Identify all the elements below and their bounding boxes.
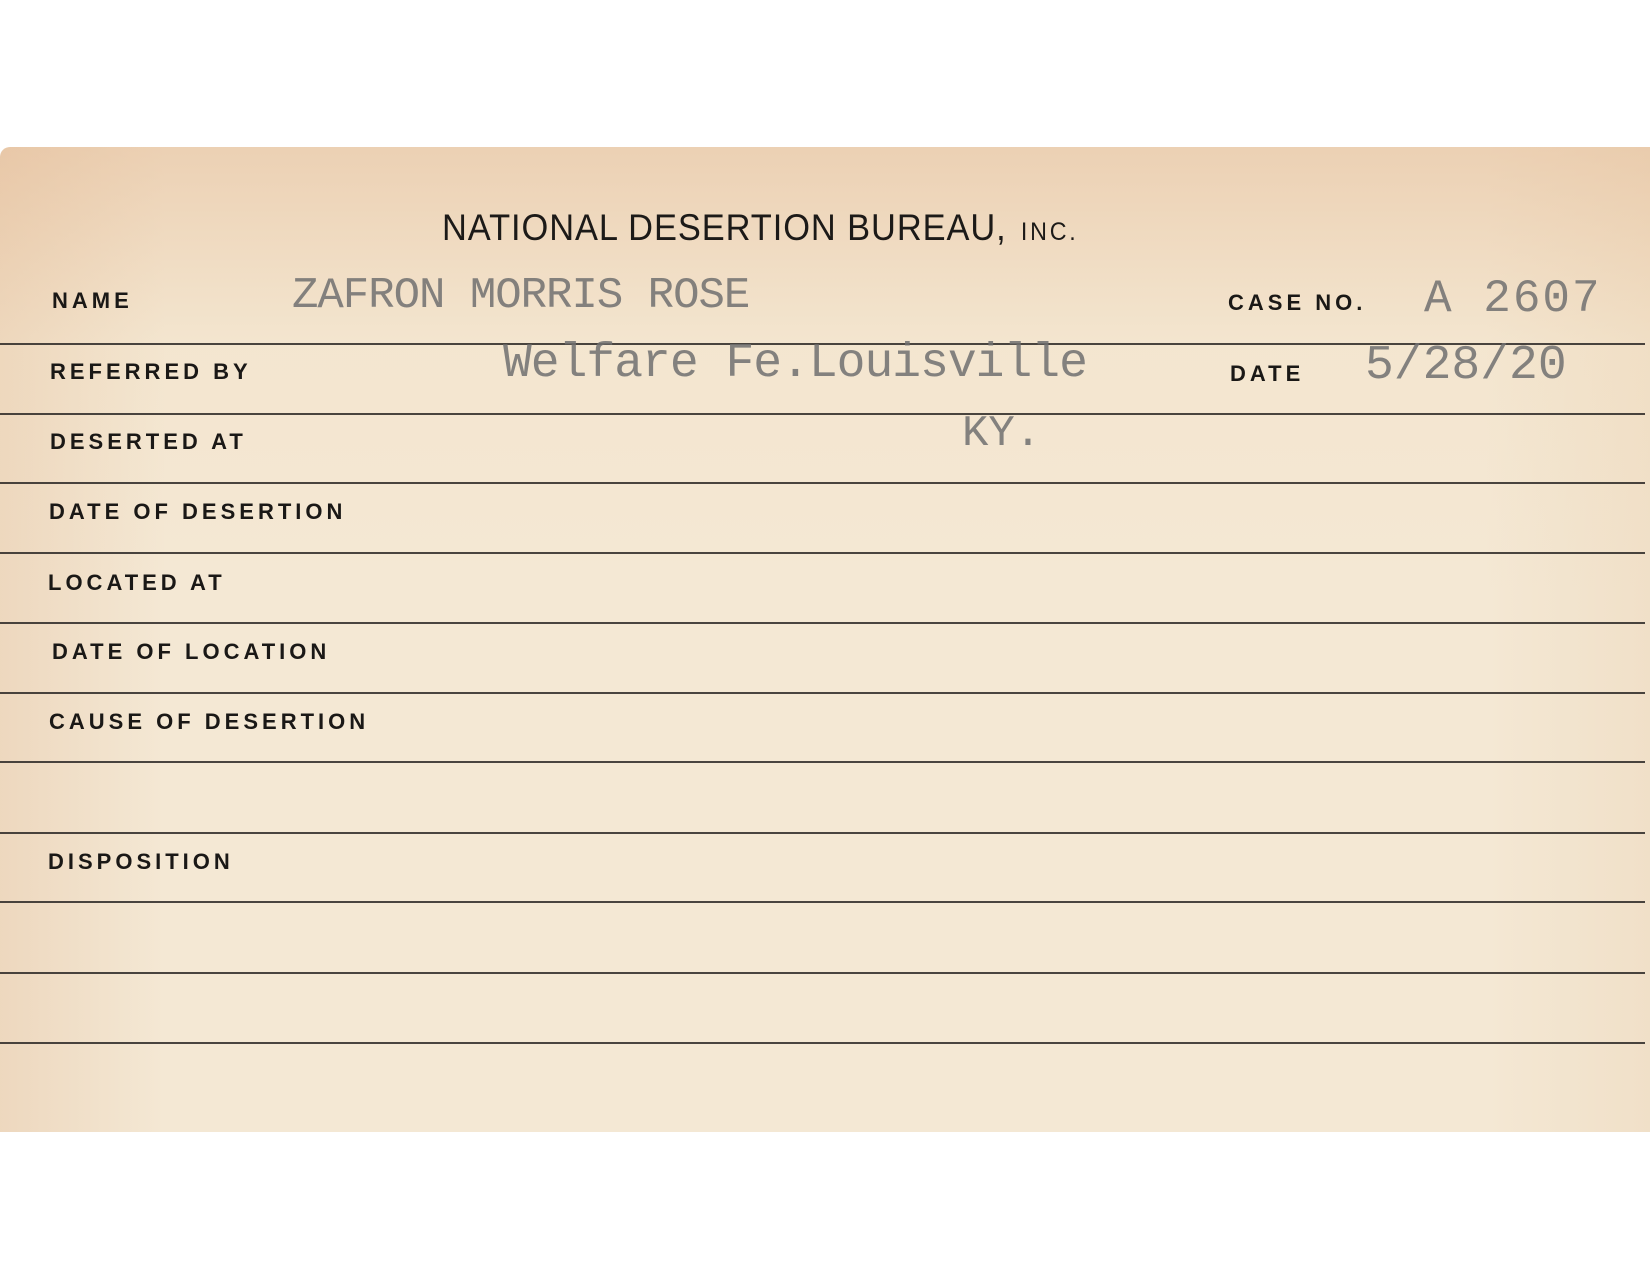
cause-of-desertion-label: CAUSE OF DESERTION bbox=[49, 709, 369, 735]
disposition-rule-2 bbox=[0, 972, 1645, 974]
cause-of-desertion-rule-2 bbox=[0, 832, 1645, 834]
deserted-at-value: KY. bbox=[962, 409, 1041, 459]
case-no-label: CASE NO. bbox=[1228, 290, 1366, 316]
deserted-at-rule bbox=[0, 482, 1645, 484]
referred-by-rule bbox=[0, 413, 1645, 415]
disposition-rule bbox=[0, 901, 1645, 903]
index-card: NATIONAL DESERTION BUREAU, INC. NAME ZAF… bbox=[0, 147, 1650, 1132]
disposition-rule-3 bbox=[0, 1042, 1645, 1044]
card-title: NATIONAL DESERTION BUREAU, INC. bbox=[442, 207, 1079, 249]
name-value: ZAFRON MORRIS ROSE bbox=[292, 271, 749, 321]
referred-by-label: REFERRED BY bbox=[50, 359, 252, 385]
disposition-label: DISPOSITION bbox=[48, 849, 234, 875]
date-value: 5/28/20 bbox=[1365, 339, 1567, 393]
date-of-desertion-label: DATE OF DESERTION bbox=[49, 499, 346, 525]
case-no-value: A 2607 bbox=[1424, 273, 1602, 325]
organization-suffix: INC. bbox=[1021, 218, 1079, 246]
deserted-at-label: DESERTED AT bbox=[50, 429, 247, 455]
date-of-location-label: DATE OF LOCATION bbox=[52, 639, 330, 665]
cause-of-desertion-rule bbox=[0, 761, 1645, 763]
located-at-label: LOCATED AT bbox=[48, 570, 226, 596]
date-of-location-rule bbox=[0, 692, 1645, 694]
name-label: NAME bbox=[52, 288, 133, 314]
located-at-rule bbox=[0, 622, 1645, 624]
referred-by-value: Welfare Fe.Louisville bbox=[503, 337, 1087, 391]
organization-name: NATIONAL DESERTION BUREAU, bbox=[442, 207, 1007, 248]
date-of-desertion-rule bbox=[0, 552, 1645, 554]
date-label: DATE bbox=[1230, 361, 1304, 387]
